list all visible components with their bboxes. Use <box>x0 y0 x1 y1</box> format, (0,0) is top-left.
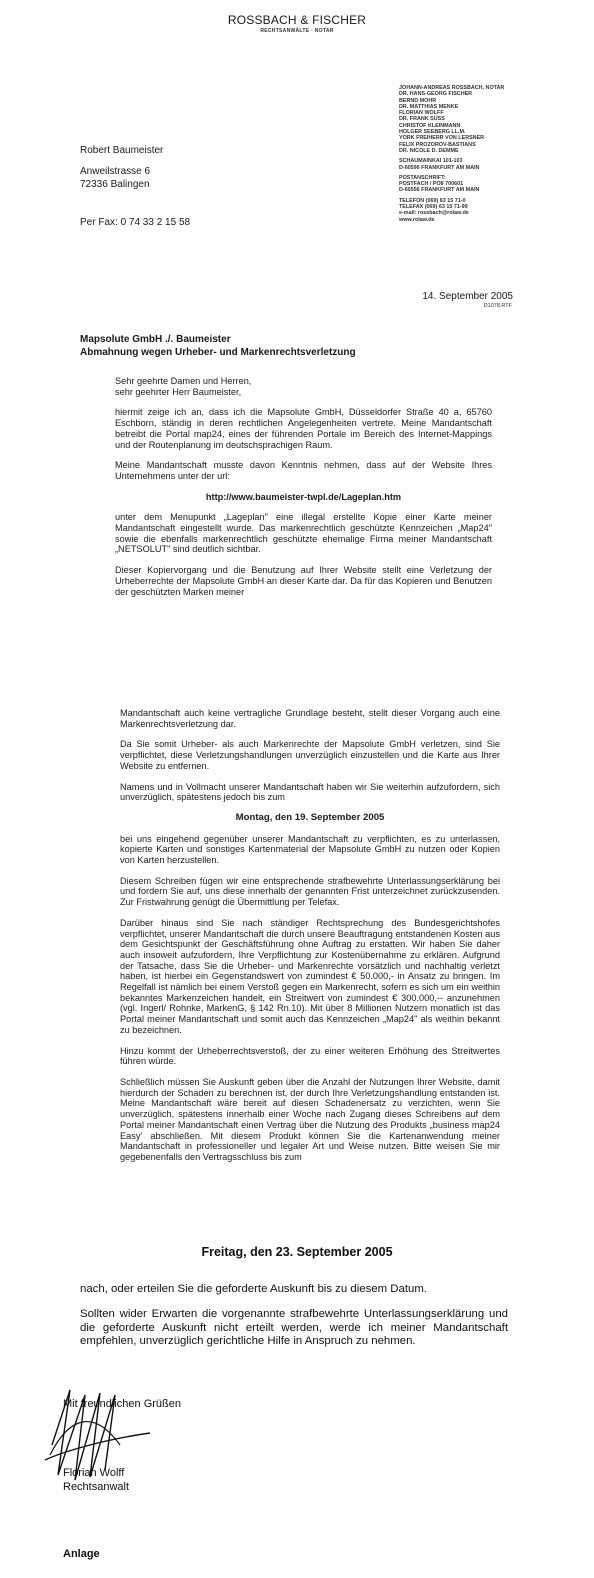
signer-title: Rechtsanwalt <box>63 1480 129 1494</box>
deadline-2: Freitag, den 23. September 2005 <box>0 1245 594 1259</box>
paragraph: hiermit zeige ich an, dass ich die Mapso… <box>115 407 492 450</box>
paragraph: Dieser Kopiervorgang und die Benutzung a… <box>115 565 492 597</box>
salutation-2: sehr geehrter Herr Baumeister, <box>115 387 241 397</box>
letter-body-part-1: Sehr geehrte Damen und Herren, sehr geeh… <box>115 376 492 607</box>
paragraph: Mandantschaft auch keine vertragliche Gr… <box>120 708 500 729</box>
recipient-fax: Per Fax: 0 74 33 2 15 58 <box>80 217 190 228</box>
paragraph: nach, oder erteilen Sie die geforderte A… <box>80 1283 508 1296</box>
signer-block: Florian Wolff Rechtsanwalt <box>63 1466 129 1494</box>
deadline-1: Montag, den 19. September 2005 <box>120 813 500 824</box>
letter-date: 14. September 2005 <box>422 291 513 302</box>
recipient-name: Robert Baumeister <box>80 144 163 157</box>
recipient-street: Anweilstrasse 6 <box>80 165 163 178</box>
paragraph: Da Sie somit Urheber- als auch Markenrec… <box>120 739 500 771</box>
paragraph: unter dem Menupunkt „Lageplan" eine ille… <box>115 512 492 555</box>
paragraph: bei uns eingehend gegenüber unserer Mand… <box>120 834 500 866</box>
partner-list: Johann-Andreas Rossbach, Notar Dr. Hans-… <box>399 85 504 223</box>
paragraph: Schließlich müssen Sie Auskunft geben üb… <box>120 1077 500 1163</box>
letter-body-part-2: Mandantschaft auch keine vertragliche Gr… <box>120 708 500 1173</box>
website-link[interactable]: www.rolaw.de <box>399 217 504 223</box>
document-reference: D1078.RTF <box>484 303 512 309</box>
letter-body-final: nach, oder erteilen Sie die geforderte A… <box>80 1283 508 1360</box>
subject: Mapsolute GmbH ./. Baumeister Abmahnung … <box>80 333 356 359</box>
paragraph: Diesem Schreiben fügen wir eine entsprec… <box>120 876 500 908</box>
paragraph: Darüber hinaus sind Sie nach ständiger R… <box>120 918 500 1036</box>
paragraph: Meine Mandantschaft musste davon Kenntni… <box>115 460 492 481</box>
paragraph: Hinzu kommt der Urheberrechtsverstoß, de… <box>120 1046 500 1067</box>
infringing-url: http://www.baumeister-twpl.de/Lageplan.h… <box>115 492 492 503</box>
signer-name: Florian Wolff <box>63 1466 129 1480</box>
enclosure-label: Anlage <box>63 1548 100 1560</box>
subject-line-1: Mapsolute GmbH ./. Baumeister <box>80 333 356 346</box>
firm-subtitle: RECHTSANWÄLTE · NOTAR <box>0 28 594 34</box>
paragraph: Namens und in Vollmacht unserer Mandants… <box>120 782 500 803</box>
salutation-1: Sehr geehrte Damen und Herren, <box>115 376 251 386</box>
firm-name: ROSSBACH & FISCHER <box>0 13 594 27</box>
recipient-city: 72336 Balingen <box>80 178 163 191</box>
paragraph: Sollten wider Erwarten die vorgenannte s… <box>80 1308 508 1348</box>
subject-line-2: Abmahnung wegen Urheber- und Markenrecht… <box>80 346 356 359</box>
recipient-address: Robert Baumeister Anweilstrasse 6 72336 … <box>80 144 163 191</box>
